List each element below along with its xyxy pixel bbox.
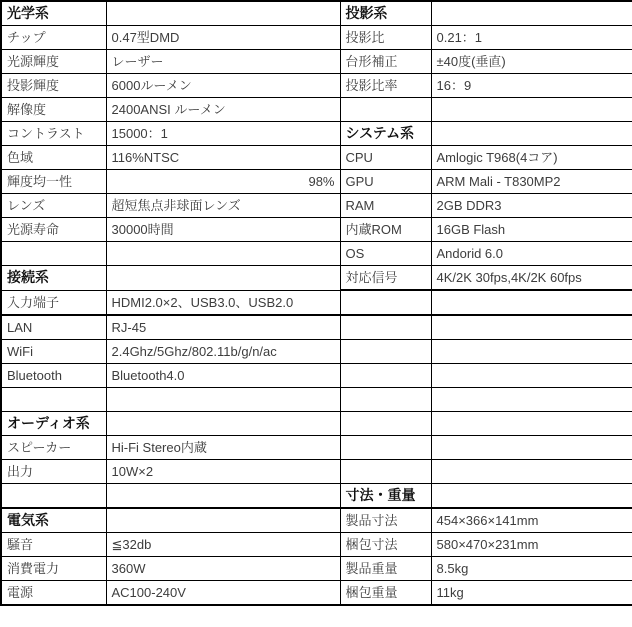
empty-cell xyxy=(431,436,632,460)
section-header-dimensions-weight: 寸法・重量 xyxy=(340,484,431,509)
empty-cell xyxy=(340,315,431,340)
spec-label: コントラスト xyxy=(1,122,106,146)
table-row: Bluetooth Bluetooth4.0 xyxy=(1,364,632,388)
section-header-system: システム系 xyxy=(340,122,431,146)
empty-cell xyxy=(106,508,340,533)
spec-value: ±40度(垂直) xyxy=(431,50,632,74)
table-row: スピーカー Hi-Fi Stereo内蔵 xyxy=(1,436,632,460)
table-row xyxy=(1,388,632,412)
spec-label: 対応信号 xyxy=(340,266,431,291)
section-header-electrical: 電気系 xyxy=(1,508,106,533)
spec-label: 投影輝度 xyxy=(1,74,106,98)
spec-label: 輝度均一性 xyxy=(1,170,106,194)
table-row: 解像度 2400ANSI ルーメン xyxy=(1,98,632,122)
table-row: 光源輝度 レーザー 台形補正 ±40度(垂直) xyxy=(1,50,632,74)
empty-cell xyxy=(340,290,431,315)
table-row: 消費電力 360W 製品重量 8.5kg xyxy=(1,557,632,581)
empty-cell xyxy=(340,412,431,436)
spec-label: 光源輝度 xyxy=(1,50,106,74)
spec-value: 98% xyxy=(106,170,340,194)
spec-label: 光源寿命 xyxy=(1,218,106,242)
spec-label: LAN xyxy=(1,315,106,340)
spec-label: 入力端子 xyxy=(1,290,106,315)
spec-label: 消費電力 xyxy=(1,557,106,581)
table-row: 寸法・重量 xyxy=(1,484,632,509)
table-row: 電源 AC100-240V 梱包重量 11kg xyxy=(1,581,632,606)
table-row: 入力端子 HDMI2.0×2、USB3.0、USB2.0 xyxy=(1,290,632,315)
spec-value: 454×366×141mm xyxy=(431,508,632,533)
spec-label: 製品寸法 xyxy=(340,508,431,533)
spec-label: 内蔵ROM xyxy=(340,218,431,242)
table-row: 出力 10W×2 xyxy=(1,460,632,484)
spec-value: Bluetooth4.0 xyxy=(106,364,340,388)
empty-cell xyxy=(431,412,632,436)
table-row: LAN RJ-45 xyxy=(1,315,632,340)
table-row: 電気系 製品寸法 454×366×141mm xyxy=(1,508,632,533)
spec-value: 10W×2 xyxy=(106,460,340,484)
table-row: コントラスト 15000：1 システム系 xyxy=(1,122,632,146)
spec-value: 6000ルーメン xyxy=(106,74,340,98)
empty-cell xyxy=(431,364,632,388)
table-row: 投影輝度 6000ルーメン 投影比率 16：9 xyxy=(1,74,632,98)
spec-label: 梱包寸法 xyxy=(340,533,431,557)
table-row: 光源寿命 30000時間 内蔵ROM 16GB Flash xyxy=(1,218,632,242)
spec-value: ARM Mali - T830MP2 xyxy=(431,170,632,194)
table-row: OS Andorid 6.0 xyxy=(1,242,632,266)
spec-label: チップ xyxy=(1,26,106,50)
spec-label: Bluetooth xyxy=(1,364,106,388)
section-header-optical: 光学系 xyxy=(1,1,106,26)
empty-cell xyxy=(431,290,632,315)
spec-value: 2GB DDR3 xyxy=(431,194,632,218)
table-row: 騒音 ≦32db 梱包寸法 580×470×231mm xyxy=(1,533,632,557)
spec-label: 色域 xyxy=(1,146,106,170)
empty-cell xyxy=(340,388,431,412)
empty-cell xyxy=(340,436,431,460)
empty-cell xyxy=(431,1,632,26)
spec-label: 出力 xyxy=(1,460,106,484)
empty-cell xyxy=(340,364,431,388)
spec-value: 11kg xyxy=(431,581,632,606)
empty-cell xyxy=(1,388,106,412)
spec-value: レーザー xyxy=(106,50,340,74)
section-header-audio: オーディオ系 xyxy=(1,412,106,436)
spec-table: 光学系 投影系 チップ 0.47型DMD 投影比 0.21：1 光源輝度 レーザ… xyxy=(0,0,632,606)
empty-cell xyxy=(431,460,632,484)
empty-cell xyxy=(340,98,431,122)
spec-value: 超短焦点非球面レンズ xyxy=(106,194,340,218)
section-header-projection: 投影系 xyxy=(340,1,431,26)
empty-cell xyxy=(106,242,340,266)
empty-cell xyxy=(431,340,632,364)
spec-value: AC100-240V xyxy=(106,581,340,606)
empty-cell xyxy=(431,388,632,412)
spec-value: 0.21：1 xyxy=(431,26,632,50)
spec-label: 投影比率 xyxy=(340,74,431,98)
spec-value: 30000時間 xyxy=(106,218,340,242)
empty-cell xyxy=(340,460,431,484)
empty-cell xyxy=(106,266,340,291)
spec-label: レンズ xyxy=(1,194,106,218)
empty-cell xyxy=(106,484,340,509)
table-row: WiFi 2.4Ghz/5Ghz/802.11b/g/n/ac xyxy=(1,340,632,364)
spec-value: Amlogic T968(4コア) xyxy=(431,146,632,170)
spec-label: 製品重量 xyxy=(340,557,431,581)
empty-cell xyxy=(106,388,340,412)
table-row: 色域 116%NTSC CPU Amlogic T968(4コア) xyxy=(1,146,632,170)
table-row: 輝度均一性 98% GPU ARM Mali - T830MP2 xyxy=(1,170,632,194)
spec-label: 台形補正 xyxy=(340,50,431,74)
spec-label: WiFi xyxy=(1,340,106,364)
empty-cell xyxy=(431,98,632,122)
empty-cell xyxy=(340,340,431,364)
spec-value: 2.4Ghz/5Ghz/802.11b/g/n/ac xyxy=(106,340,340,364)
spec-label: 解像度 xyxy=(1,98,106,122)
spec-value: Andorid 6.0 xyxy=(431,242,632,266)
spec-value: 15000：1 xyxy=(106,122,340,146)
empty-cell xyxy=(1,242,106,266)
section-header-connectivity: 接続系 xyxy=(1,266,106,291)
spec-value: Hi-Fi Stereo内蔵 xyxy=(106,436,340,460)
spec-value: 16GB Flash xyxy=(431,218,632,242)
spec-value: ≦32db xyxy=(106,533,340,557)
spec-label: 騒音 xyxy=(1,533,106,557)
empty-cell xyxy=(431,315,632,340)
spec-value: HDMI2.0×2、USB3.0、USB2.0 xyxy=(106,290,340,315)
table-row: レンズ 超短焦点非球面レンズ RAM 2GB DDR3 xyxy=(1,194,632,218)
spec-value: 0.47型DMD xyxy=(106,26,340,50)
spec-label: 梱包重量 xyxy=(340,581,431,606)
spec-label: RAM xyxy=(340,194,431,218)
empty-cell xyxy=(1,484,106,509)
table-row: 接続系 対応信号 4K/2K 30fps,4K/2K 60fps xyxy=(1,266,632,291)
spec-label: OS xyxy=(340,242,431,266)
empty-cell xyxy=(431,122,632,146)
spec-value: RJ-45 xyxy=(106,315,340,340)
spec-value: 2400ANSI ルーメン xyxy=(106,98,340,122)
spec-value: 8.5kg xyxy=(431,557,632,581)
empty-cell xyxy=(106,1,340,26)
spec-label: スピーカー xyxy=(1,436,106,460)
spec-value: 360W xyxy=(106,557,340,581)
empty-cell xyxy=(431,484,632,509)
empty-cell xyxy=(106,412,340,436)
spec-label: GPU xyxy=(340,170,431,194)
spec-label: CPU xyxy=(340,146,431,170)
spec-label: 投影比 xyxy=(340,26,431,50)
spec-value: 580×470×231mm xyxy=(431,533,632,557)
table-row: チップ 0.47型DMD 投影比 0.21：1 xyxy=(1,26,632,50)
table-row: オーディオ系 xyxy=(1,412,632,436)
spec-label: 電源 xyxy=(1,581,106,606)
spec-sheet-page: 光学系 投影系 チップ 0.47型DMD 投影比 0.21：1 光源輝度 レーザ… xyxy=(0,0,632,627)
spec-value: 4K/2K 30fps,4K/2K 60fps xyxy=(431,266,632,291)
spec-value: 116%NTSC xyxy=(106,146,340,170)
spec-value: 16：9 xyxy=(431,74,632,98)
table-row: 光学系 投影系 xyxy=(1,1,632,26)
